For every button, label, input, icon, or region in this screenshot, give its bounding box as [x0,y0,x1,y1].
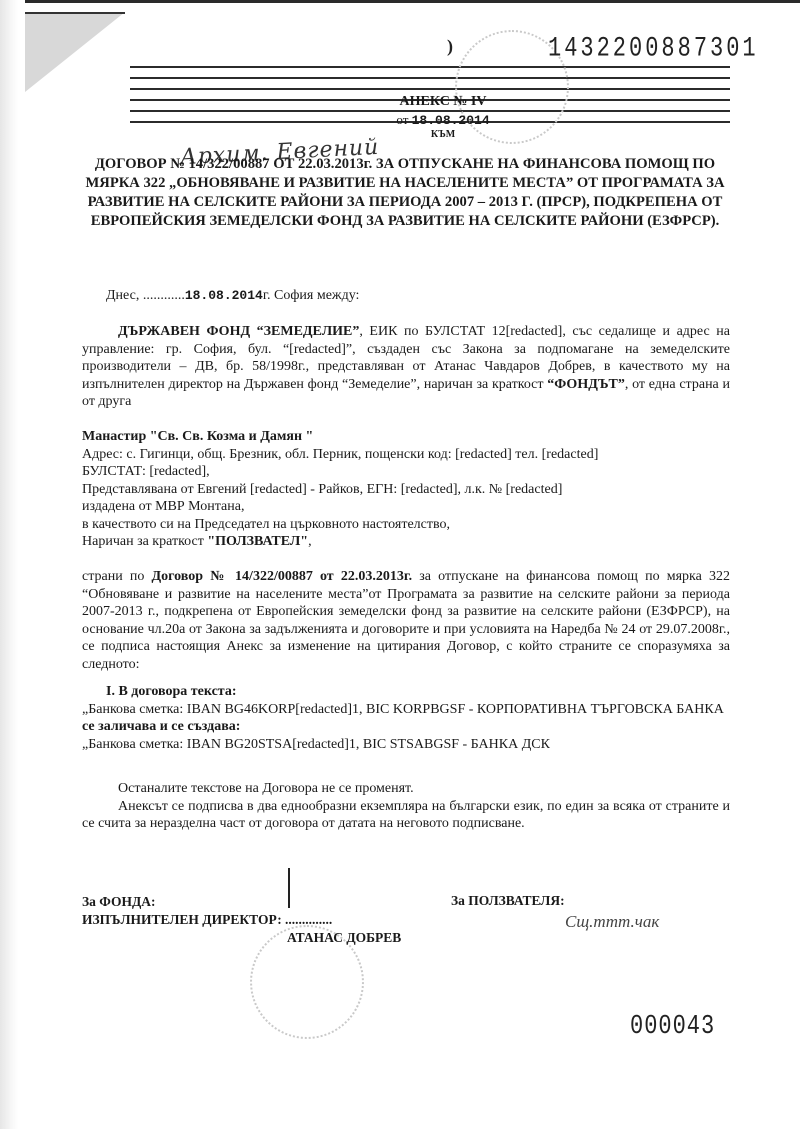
agreement-paragraph: страни по Договор № 14/322/00887 от 22.0… [82,568,730,673]
closing-unchanged: Останалите текстове на Договора не се пр… [82,780,730,798]
contract-title: ДОГОВОР № 14/322/00887 ОТ 22.03.2013г. З… [80,155,730,231]
fund-name: ДЪРЖАВЕН ФОНД “ЗЕМЕДЕЛИЕ” [118,324,359,339]
date-suffix: г. София между: [263,288,360,303]
folded-corner [25,12,125,92]
date-place-line: Днес, ............18.08.2014г. София меж… [82,287,730,305]
user-signature-label: За ПОЛЗВАТЕЛЯ: [451,893,565,909]
agreement-intro: страни по [82,569,152,584]
user-bulstat: БУЛСТАТ: [redacted], [82,463,730,481]
user-capacity: в качеството си на Председател на църков… [82,516,730,534]
user-called: Наричан за краткост "ПОЛЗВАТЕЛ", [82,533,730,551]
annex-title: АНЕКС № IV [368,94,518,110]
user-address: Адрес: с. Гигинци, общ. Брезник, обл. Пе… [82,446,730,464]
fund-signature-block: За ФОНДА: ИЗПЪЛНИТЕЛЕН ДИРЕКТОР: .......… [82,893,332,929]
fund-signatory-name: АТАНАС ДОБРЕВ [287,930,401,946]
user-id-issued: издадена от МВР Монтана, [82,498,730,516]
user-called-suffix: , [308,534,312,549]
fund-short-name: “ФОНДЪТ” [547,377,625,392]
date-prefix: Днес, ............ [82,288,185,303]
agreement-body: за отпускане на финансова помощ по мярка… [82,569,730,672]
closing-copies: Анексът се подписва в два еднообразни ек… [82,798,730,833]
annex-to-label: КЪМ [368,129,518,140]
annex-date: от 18.08.2014 [368,112,518,128]
annex-date-value: 18.08.2014 [412,113,490,128]
fund-signatory-title: ИЗПЪЛНИТЕЛЕН ДИРЕКТОР: .............. [82,911,332,929]
user-short-name: "ПОЛЗВАТЕЛ" [207,534,308,549]
fund-party-paragraph: ДЪРЖАВЕН ФОНД “ЗЕМЕДЕЛИЕ”, ЕИК по БУЛСТА… [82,323,730,411]
date-value: 18.08.2014 [185,288,263,303]
user-party-block: Манастир "Св. Св. Козма и Дамян " Адрес:… [82,428,730,551]
amendment-action: се заличава и се създава: [82,718,730,736]
user-signature: Сщ.ттт.чак [565,912,659,932]
user-called-prefix: Наричан за краткост [82,534,207,549]
amendment-block: I. В договора текста: „Банкова сметка: I… [82,683,730,753]
amendment-new-text: „Банкова сметка: IBAN BG20STSA[redacted]… [82,736,730,754]
scan-left-edge [0,0,18,1129]
registration-number: 1432200887301 [548,33,759,64]
closing-block: Останалите текстове на Договора не се пр… [82,780,730,833]
page-number: 000043 [630,1012,715,1042]
annex-date-prefix: от [396,112,411,127]
user-representative: Представлявана от Евгений [redacted] - Р… [82,481,730,499]
amendment-heading: I. В договора текста: [82,683,730,701]
folded-corner-edge [25,12,125,14]
annex-header: АНЕКС № IV от 18.08.2014 КЪМ [368,94,518,140]
stamp-tick-mark: ) [447,36,453,57]
contract-reference: Договор № 14/322/00887 от 22.03.2013г. [152,569,413,584]
user-name: Манастир "Св. Св. Козма и Дамян " [82,428,730,446]
amendment-old-text: „Банкова сметка: IBAN BG46KORP[redacted]… [82,701,730,719]
scan-top-border [25,0,800,3]
fund-signature-label: За ФОНДА: [82,893,332,911]
